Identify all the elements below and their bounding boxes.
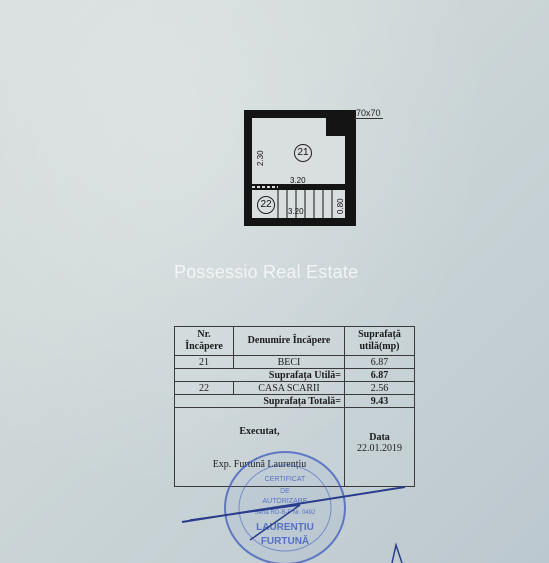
row-nr: 21 [175, 356, 234, 369]
dimension-room21-width: 3.20 [290, 176, 306, 185]
total-value: 9.43 [345, 395, 415, 408]
expert-name: Exp. Furtună Laurențiu [178, 459, 341, 470]
dimension-stairs-depth: 0.80 [336, 198, 345, 214]
room-number-21: 21 [294, 144, 312, 162]
executed-cell: Executat, Exp. Furtună Laurențiu [175, 408, 345, 487]
header-area: Suprafață utilă(mp) [345, 327, 415, 356]
header-name: Denumire Încăpere [234, 327, 345, 356]
executed-label: Executat, [178, 426, 341, 437]
date-value: 22.01.2019 [357, 443, 402, 454]
row-area: 6.87 [345, 356, 415, 369]
table-row: 21 BECI 6.87 [175, 356, 415, 369]
subtotal-label: Suprafața Utilă= [175, 369, 345, 382]
stamp-line-5: LAURENȚIU [222, 522, 348, 533]
stamp-line-4: Seria RO-B-F Nr. 0492 [222, 510, 348, 516]
row-area: 2.56 [345, 382, 415, 395]
subtotal-row: Suprafața Utilă= 6.87 [175, 369, 415, 382]
row-nr: 22 [175, 382, 234, 395]
total-row: Suprafața Totală= 9.43 [175, 395, 415, 408]
scale-label: 70x70 [354, 108, 383, 119]
room-number-22: 22 [257, 196, 275, 214]
subtotal-value: 6.87 [345, 369, 415, 382]
date-label: Data [348, 432, 411, 443]
watermark: Possessio Real Estate [174, 262, 358, 283]
table-header-row: Nr. Încăpere Denumire Încăpere Suprafață… [175, 327, 415, 356]
dimension-room21-height: 2.30 [256, 150, 265, 166]
area-table: Nr. Încăpere Denumire Încăpere Suprafață… [174, 326, 415, 487]
stamp-line-2: DE [222, 488, 348, 495]
row-name: CASA SCARII [234, 382, 345, 395]
date-cell: Data 22.01.2019 [345, 408, 415, 487]
signature-row: Executat, Exp. Furtună Laurențiu Data 22… [175, 408, 415, 487]
total-label: Suprafața Totală= [175, 395, 345, 408]
stamp-line-3: AUTORIZARE [222, 498, 348, 505]
floor-plan: 2.30 3.20 3.20 0.80 21 22 [244, 110, 356, 226]
stamp-line-6: FURTUNĂ [222, 536, 348, 547]
header-nr: Nr. Încăpere [175, 327, 234, 356]
row-name: BECI [234, 356, 345, 369]
table-row: 22 CASA SCARII 2.56 [175, 382, 415, 395]
dimension-stairs-width: 3.20 [288, 207, 304, 216]
